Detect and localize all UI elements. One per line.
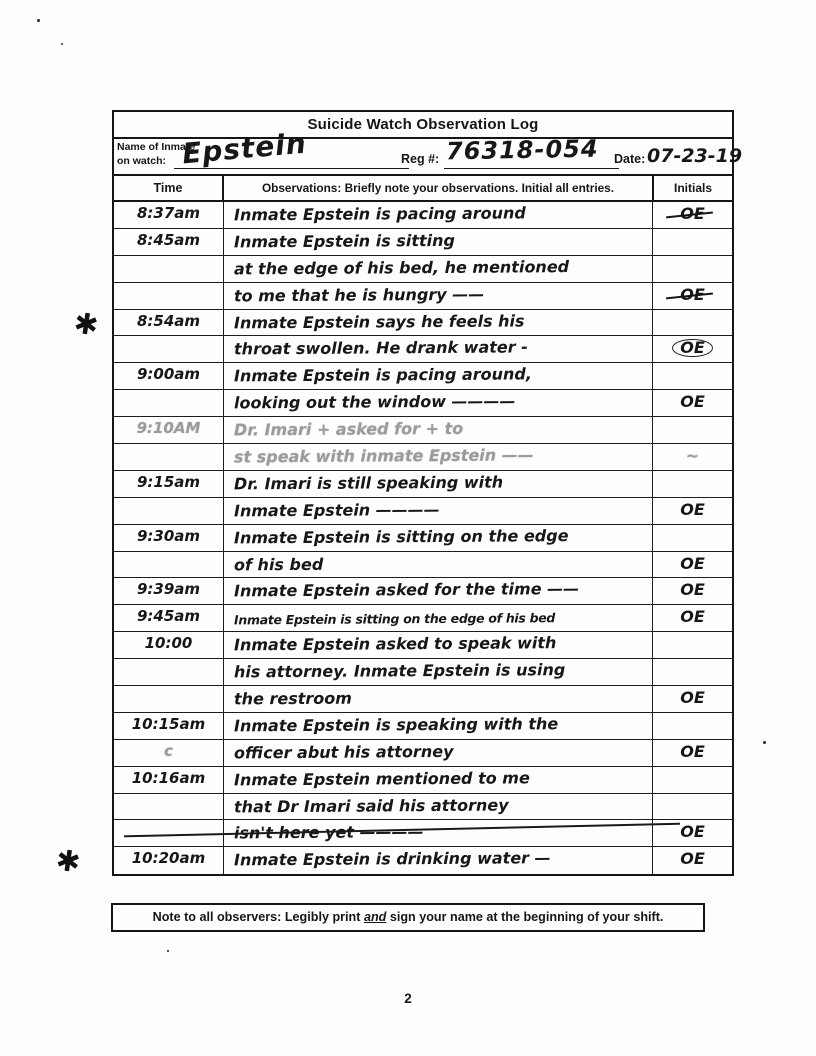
time-cell: 8:45am	[114, 229, 224, 255]
observation-cell: officer abut his attorney	[224, 738, 652, 767]
initials-value: OE	[672, 339, 713, 357]
time-cell: 10:16am	[114, 767, 224, 793]
table-row: 8:45amInmate Epstein is sitting	[114, 229, 732, 256]
initials-value: OE	[680, 607, 705, 626]
time-cell	[114, 659, 224, 685]
table-row: to me that he is hungry ——OE	[114, 283, 732, 310]
note-suffix: sign your name at the beginning of your …	[386, 910, 663, 924]
date-label: Date:	[614, 152, 645, 166]
initials-value: OE	[680, 688, 705, 707]
initials-cell: OE	[652, 605, 732, 631]
observation-cell: Inmate Epstein is pacing around	[224, 201, 652, 230]
time-cell: c	[114, 740, 224, 766]
time-cell	[114, 336, 224, 362]
time-cell	[114, 444, 224, 470]
reg-number-label: Reg #:	[401, 152, 439, 166]
name-row: Name of Inmate on watch: Epstein Reg #: …	[114, 139, 732, 176]
initials-cell: OE	[652, 847, 732, 874]
initials-cell	[652, 794, 732, 820]
time-cell: 9:00am	[114, 363, 224, 389]
log-rows: 8:37amInmate Epstein is pacing aroundOE8…	[114, 202, 732, 874]
observation-cell: Dr. Imari + asked for + to	[224, 416, 652, 445]
initials-column-header: Initials	[652, 176, 732, 200]
initials-cell: OE	[652, 390, 732, 416]
time-cell: 8:54am	[114, 310, 224, 336]
scan-speckle	[37, 19, 40, 22]
initials-value: OE	[680, 500, 705, 519]
observation-cell: Inmate Epstein is drinking water —	[224, 846, 652, 876]
initials-cell: OE	[652, 552, 732, 578]
observation-cell: his attorney. Inmate Epstein is using	[224, 658, 652, 687]
initials-cell	[652, 659, 732, 685]
time-cell: 9:10AM	[114, 417, 224, 443]
observer-note: Note to all observers: Legibly print and…	[111, 903, 705, 932]
observation-cell: Inmate Epstein asked for the time ——	[224, 577, 652, 606]
observation-cell: Inmate Epstein says he feels his	[224, 308, 652, 337]
initials-cell	[652, 256, 732, 282]
time-cell: 9:45am	[114, 605, 224, 631]
observation-cell: at the edge of his bed, he mentioned	[224, 254, 652, 283]
observation-cell: of his bed	[224, 550, 652, 579]
observation-cell: Inmate Epstein mentioned to me	[224, 765, 652, 794]
margin-asterisk: ✱	[54, 846, 82, 878]
table-row: that Dr Imari said his attorney	[114, 794, 732, 821]
initials-value: OE	[680, 204, 705, 223]
observation-cell: that Dr Imari said his attorney	[224, 792, 652, 821]
observations-column-header: Observations: Briefly note your observat…	[224, 176, 652, 200]
time-cell: 9:30am	[114, 525, 224, 551]
reg-number-handwritten: 76318-054	[446, 135, 599, 166]
initials-cell	[652, 632, 732, 658]
table-row: 8:54amInmate Epstein says he feels his✱	[114, 310, 732, 337]
table-row: cofficer abut his attorneyOE	[114, 740, 732, 767]
initials-cell	[652, 417, 732, 443]
time-cell	[114, 283, 224, 309]
time-cell	[114, 390, 224, 416]
observation-cell: to me that he is hungry ——	[224, 281, 652, 310]
observation-cell: looking out the window ————	[224, 389, 652, 418]
scan-speckle	[61, 43, 63, 45]
time-cell: 10:00	[114, 632, 224, 658]
initials-cell	[652, 713, 732, 739]
initials-cell: OE	[652, 686, 732, 712]
observation-cell: Inmate Epstein is pacing around,	[224, 362, 652, 391]
time-cell	[114, 686, 224, 712]
time-cell	[114, 794, 224, 820]
time-cell	[114, 552, 224, 578]
table-row: 9:30amInmate Epstein is sitting on the e…	[114, 525, 732, 552]
initials-value: OE	[680, 580, 705, 599]
initials-cell	[652, 363, 732, 389]
time-cell	[114, 498, 224, 524]
initials-cell: OE	[652, 498, 732, 524]
initials-cell	[652, 229, 732, 255]
initials-value: OE	[680, 554, 705, 573]
note-emphasis: and	[364, 910, 386, 924]
page-number: 2	[0, 991, 816, 1006]
time-cell: 10:20am	[114, 847, 224, 874]
table-row: 8:37amInmate Epstein is pacing aroundOE	[114, 202, 732, 229]
table-row: isn't here yet ————OE	[114, 820, 732, 847]
table-row: 10:16amInmate Epstein mentioned to me	[114, 767, 732, 794]
initials-cell: OE	[652, 820, 732, 846]
initials-cell: ~	[652, 444, 732, 470]
initials-cell: OE	[652, 202, 732, 228]
initials-value: ~	[686, 446, 699, 465]
initials-value: OE	[680, 285, 705, 304]
initials-cell: OE	[652, 740, 732, 766]
initials-cell	[652, 525, 732, 551]
observation-cell: isn't here yet ————	[224, 819, 652, 848]
time-cell	[114, 820, 224, 846]
time-cell: 10:15am	[114, 713, 224, 739]
time-cell	[114, 256, 224, 282]
initials-cell	[652, 767, 732, 793]
observation-cell: Dr. Imari is still speaking with	[224, 469, 652, 498]
table-row: looking out the window ————OE	[114, 390, 732, 417]
table-row: 9:10AMDr. Imari + asked for + to	[114, 417, 732, 444]
table-row: 9:45amInmate Epstein is sitting on the e…	[114, 605, 732, 632]
table-row: 9:00amInmate Epstein is pacing around,	[114, 363, 732, 390]
column-header-row: Time Observations: Briefly note your obs…	[114, 176, 732, 202]
time-cell: 9:15am	[114, 471, 224, 497]
table-row: his attorney. Inmate Epstein is using	[114, 659, 732, 686]
table-row: at the edge of his bed, he mentioned	[114, 256, 732, 283]
table-row: of his bedOE	[114, 552, 732, 579]
observation-cell: Inmate Epstein is speaking with the	[224, 711, 652, 740]
table-row: 9:15amDr. Imari is still speaking with	[114, 471, 732, 498]
name-label-line2: on watch:	[117, 155, 166, 167]
initials-cell: OE	[652, 283, 732, 309]
observation-cell: Inmate Epstein is sitting on the edge of…	[224, 604, 652, 633]
scan-speckle	[763, 741, 766, 744]
table-row: 10:00Inmate Epstein asked to speak with	[114, 632, 732, 659]
table-row: 10:20amInmate Epstein is drinking water …	[114, 847, 732, 874]
table-row: the restroomOE	[114, 686, 732, 713]
observation-cell: Inmate Epstein is sitting on the edge	[224, 523, 652, 552]
table-row: Inmate Epstein ————OE	[114, 498, 732, 525]
observation-cell: st speak with inmate Epstein ——	[224, 443, 652, 472]
initials-cell	[652, 310, 732, 336]
initials-value: OE	[680, 822, 705, 841]
scan-speckle	[167, 950, 169, 952]
initials-value: OE	[680, 849, 705, 868]
initials-value: OE	[680, 742, 705, 761]
time-column-header: Time	[114, 176, 224, 200]
reg-field-line	[444, 168, 619, 169]
initials-cell: OE	[652, 578, 732, 604]
initials-value: OE	[680, 392, 705, 411]
observation-cell: Inmate Epstein asked to speak with	[224, 631, 652, 660]
initials-cell	[652, 471, 732, 497]
table-row: 9:39amInmate Epstein asked for the time …	[114, 578, 732, 605]
observation-cell: the restroom	[224, 685, 652, 714]
table-row: st speak with inmate Epstein ——~	[114, 444, 732, 471]
observation-cell: throat swollen. He drank water -	[224, 335, 652, 364]
name-field-line	[174, 168, 409, 169]
time-cell: 8:37am	[114, 202, 224, 228]
observation-cell: Inmate Epstein ————	[224, 496, 652, 525]
time-cell: 9:39am	[114, 578, 224, 604]
observation-cell: Inmate Epstein is sitting	[224, 227, 652, 256]
table-row: 10:15amInmate Epstein is speaking with t…	[114, 713, 732, 740]
table-row: throat swollen. He drank water -OE	[114, 336, 732, 363]
date-handwritten: 07-23-19	[647, 145, 742, 167]
initials-cell: OE	[652, 336, 732, 362]
note-prefix: Note to all observers: Legibly print	[153, 910, 364, 924]
margin-asterisk: ✱	[72, 308, 100, 340]
observation-log-form: Suicide Watch Observation Log Name of In…	[112, 110, 734, 876]
